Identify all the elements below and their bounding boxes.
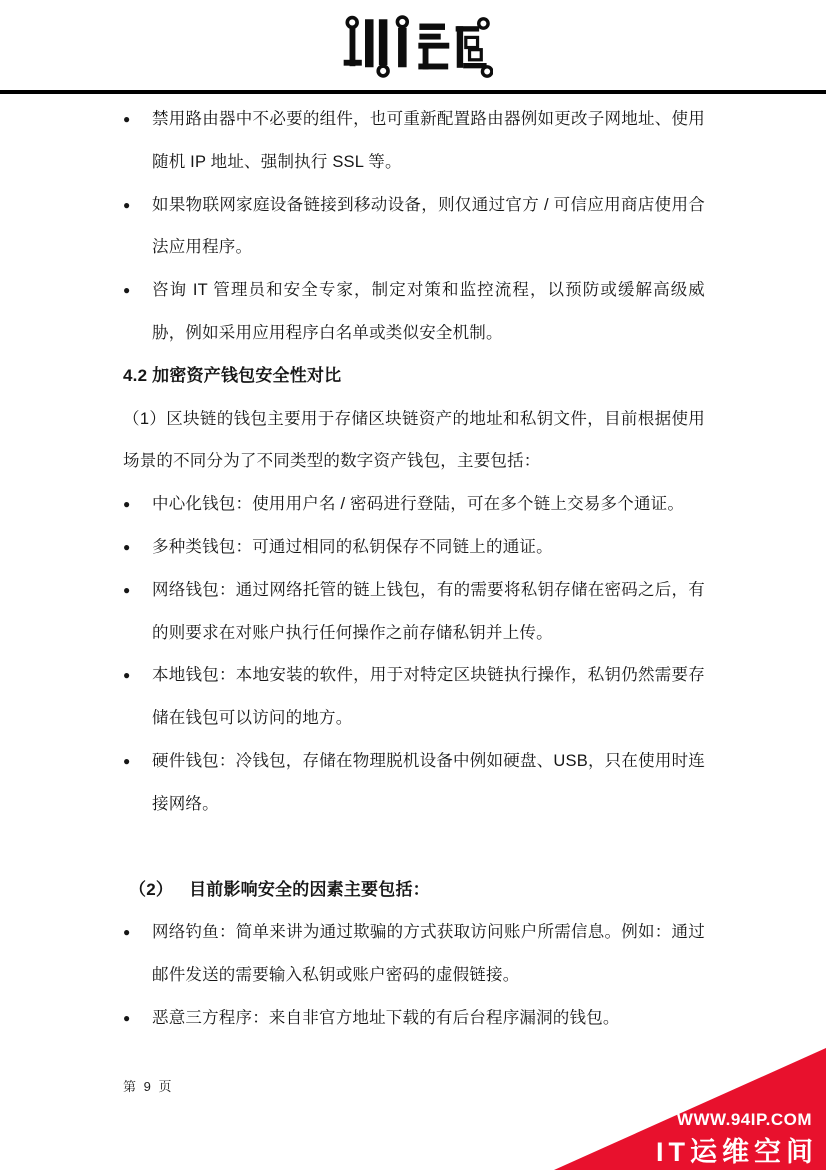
bullet-text: 网络钱包：通过网络托管的链上钱包，有的需要将私钥存储在密码之后，有的则要求在对账… bbox=[152, 569, 705, 655]
bullet-text: 网络钓鱼：简单来讲为通过欺骗的方式获取访问账户所需信息。例如：通过邮件发送的需要… bbox=[152, 911, 705, 997]
list-item: ● 硬件钱包：冷钱包，存储在物理脱机设备中例如硬盘、USB，只在使用时连接网络。 bbox=[123, 740, 705, 826]
factors-heading-text: 目前影响安全的因素主要包括： bbox=[189, 880, 430, 899]
factors-heading-number: （2） bbox=[129, 880, 173, 899]
list-item: ● 中心化钱包：使用用户名 / 密码进行登陆，可在多个链上交易多个通证。 bbox=[123, 483, 705, 526]
bullet-text: 多种类钱包：可通过相同的私钥保存不同链上的通证。 bbox=[152, 526, 705, 569]
wallet-types-list: ● 中心化钱包：使用用户名 / 密码进行登陆，可在多个链上交易多个通证。 ● 多… bbox=[123, 483, 705, 825]
bullet-icon: ● bbox=[123, 483, 152, 526]
bullet-text: 硬件钱包：冷钱包，存储在物理脱机设备中例如硬盘、USB，只在使用时连接网络。 bbox=[152, 740, 705, 826]
bullet-text: 禁用路由器中不必要的组件，也可重新配置路由器例如更改子网地址、使用随机 IP 地… bbox=[152, 98, 705, 184]
bullet-icon: ● bbox=[123, 997, 152, 1040]
document-page: ● 禁用路由器中不必要的组件，也可重新配置路由器例如更改子网地址、使用随机 IP… bbox=[0, 0, 826, 1170]
page-header bbox=[0, 0, 826, 90]
document-body: ● 禁用路由器中不必要的组件，也可重新配置路由器例如更改子网地址、使用随机 IP… bbox=[0, 94, 826, 1040]
list-item: ● 网络钓鱼：简单来讲为通过欺骗的方式获取访问账户所需信息。例如：通过邮件发送的… bbox=[123, 911, 705, 997]
bullet-icon: ● bbox=[123, 911, 152, 997]
security-factors-list: ● 网络钓鱼：简单来讲为通过欺骗的方式获取访问账户所需信息。例如：通过邮件发送的… bbox=[123, 911, 705, 1039]
list-item: ● 禁用路由器中不必要的组件，也可重新配置路由器例如更改子网地址、使用随机 IP… bbox=[123, 98, 705, 184]
bullet-icon: ● bbox=[123, 740, 152, 826]
page-footer: 第 9 页 bbox=[123, 1076, 173, 1095]
watermark-brand-text: IT运维空间 bbox=[656, 1130, 818, 1169]
watermark: WWW.94IP.COM IT运维空间 bbox=[554, 1048, 826, 1170]
security-recommendations-list: ● 禁用路由器中不必要的组件，也可重新配置路由器例如更改子网地址、使用随机 IP… bbox=[123, 98, 705, 355]
bullet-icon: ● bbox=[123, 184, 152, 270]
list-item: ● 本地钱包：本地安装的软件，用于对特定区块链执行操作，私钥仍然需要存储在钱包可… bbox=[123, 654, 705, 740]
bullet-icon: ● bbox=[123, 654, 152, 740]
section-heading: 4.2 加密资产钱包安全性对比 bbox=[123, 355, 705, 398]
bullet-text: 中心化钱包：使用用户名 / 密码进行登陆，可在多个链上交易多个通证。 bbox=[152, 483, 705, 526]
page-number: 第 9 页 bbox=[123, 1079, 173, 1094]
wallet-intro-paragraph: （1）区块链的钱包主要用于存储区块链资产的地址和私钥文件，目前根据使用场景的不同… bbox=[123, 398, 705, 484]
list-item: ● 如果物联网家庭设备链接到移动设备，则仅通过官方 / 可信应用商店使用合法应用… bbox=[123, 184, 705, 270]
list-item: ● 恶意三方程序：来自非官方地址下载的有后台程序漏洞的钱包。 bbox=[123, 997, 705, 1040]
list-item: ● 网络钱包：通过网络托管的链上钱包，有的需要将私钥存储在密码之后，有的则要求在… bbox=[123, 569, 705, 655]
bullet-text: 咨询 IT 管理员和安全专家，制定对策和监控流程，以预防或缓解高级威胁，例如采用… bbox=[152, 269, 705, 355]
bullet-text: 如果物联网家庭设备链接到移动设备，则仅通过官方 / 可信应用商店使用合法应用程序… bbox=[152, 184, 705, 270]
bullet-text: 恶意三方程序：来自非官方地址下载的有后台程序漏洞的钱包。 bbox=[152, 997, 705, 1040]
list-item: ● 多种类钱包：可通过相同的私钥保存不同链上的通证。 bbox=[123, 526, 705, 569]
brand-logo-icon bbox=[333, 15, 493, 79]
bullet-text: 本地钱包：本地安装的软件，用于对特定区块链执行操作，私钥仍然需要存储在钱包可以访… bbox=[152, 654, 705, 740]
bullet-icon: ● bbox=[123, 569, 152, 655]
bullet-icon: ● bbox=[123, 98, 152, 184]
watermark-url-text: WWW.94IP.COM bbox=[677, 1110, 812, 1130]
bullet-icon: ● bbox=[123, 269, 152, 355]
factors-heading: （2）目前影响安全的因素主要包括： bbox=[123, 869, 705, 912]
bullet-icon: ● bbox=[123, 526, 152, 569]
list-item: ● 咨询 IT 管理员和安全专家，制定对策和监控流程，以预防或缓解高级威胁，例如… bbox=[123, 269, 705, 355]
